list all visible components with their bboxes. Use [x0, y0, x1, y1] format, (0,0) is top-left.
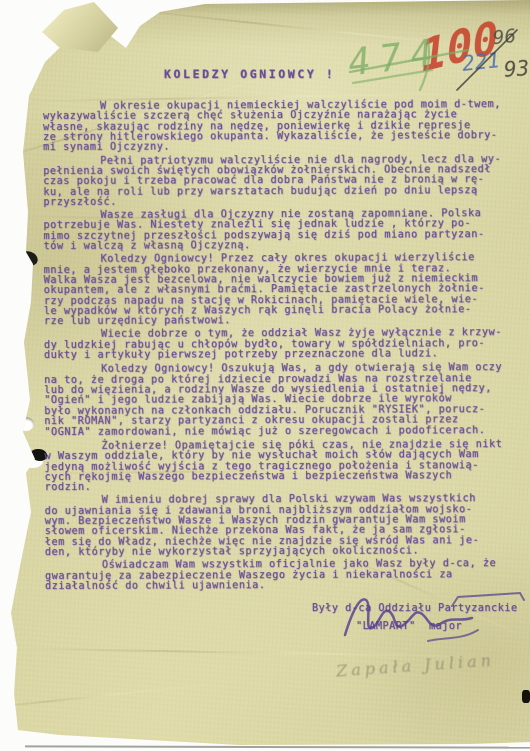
- paragraph: Pełni patriotyzmu walczyliście nie dla n…: [43, 154, 521, 208]
- backdrop-edge-line: [25, 745, 530, 748]
- scanned-document-photo: KOLEDZY OGNIOWCY ! W okresie okupacji ni…: [0, 0, 530, 751]
- paragraph: Oświadczam Wam wszystkim oficjalnie jako…: [45, 559, 523, 592]
- crease-line: [0, 681, 229, 710]
- paragraph: Żołnierze! Opamiętajcie się póki czas, n…: [44, 440, 522, 494]
- paragraph: Wasze zasługi dla Ojczyzny nie zostaną z…: [43, 209, 521, 252]
- signature-pseudonym-line: "LAMPART" major: [356, 621, 462, 632]
- document-body: W okresie okupacji niemieckiej walczyliś…: [43, 100, 523, 595]
- torn-hole-black: [13, 455, 26, 468]
- signature-role-line: Były d-ca Oddziału Partyzanckie: [312, 603, 518, 614]
- pencil-number-blue: 221: [461, 48, 501, 76]
- paragraph: W okresie okupacji niemieckiej walczyliś…: [43, 100, 521, 154]
- paragraph: W imieniu dobrej sprawy dla Polski wzywa…: [45, 494, 523, 558]
- torn-hole-black: [20, 250, 39, 268]
- paragraph: Koledzy Ogniowcy! Przez cały okres okupa…: [44, 253, 522, 327]
- ink-smudge: [522, 690, 530, 703]
- pencil-number-grey-crossed: 96: [492, 25, 517, 49]
- pencil-number-grey: 93: [503, 56, 530, 82]
- document-title: KOLEDZY OGNIOWCY !: [164, 67, 335, 81]
- paragraph: Wiecie dobrze o tym, że oddział Wasz żyj…: [44, 328, 522, 361]
- paragraph: Koledzy Ogniowcy! Oszukują Was, a gdy ot…: [44, 363, 522, 437]
- torn-hole-white: [18, 417, 34, 431]
